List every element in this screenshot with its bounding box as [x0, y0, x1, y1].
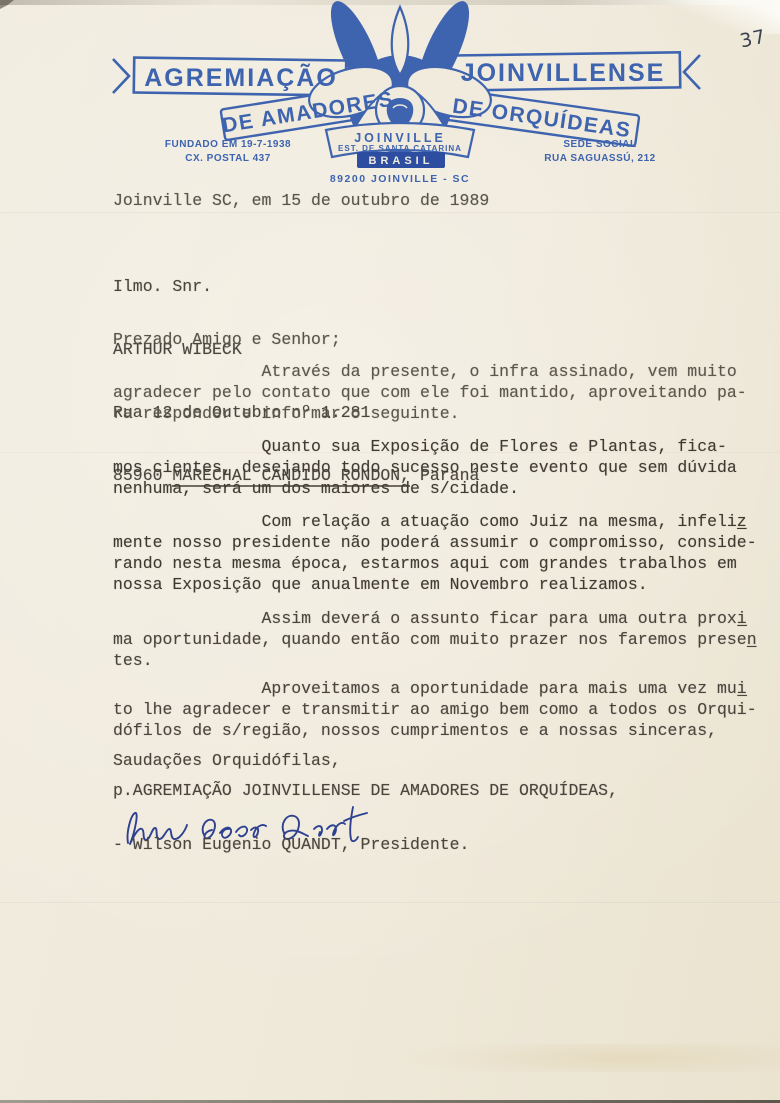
place-line2: EST. DE SANTA CATARINA — [338, 144, 462, 153]
closing-salutation: Saudações Orquidófilas, — [113, 750, 341, 771]
paragraph: Assim deverá o assunto ficar para uma ou… — [113, 608, 773, 671]
paragraph: Quanto sua Exposição de Flores e Plantas… — [113, 436, 773, 499]
signature-typed: - Wilson Eugenio QUANDT, Presidente. — [113, 834, 469, 855]
paragraph: Aproveitamos a oportunidade para mais um… — [113, 678, 773, 741]
hq-address: RUA SAGUASSÚ, 212 — [544, 151, 656, 164]
recipient-line: Ilmo. Snr. — [113, 276, 479, 297]
banner-left-text: AGREMIAÇÃO — [144, 62, 338, 92]
fold-crease — [0, 212, 780, 214]
banner-left-chevron — [113, 59, 129, 93]
po-box-line: CX. POSTAL 437 — [185, 153, 271, 164]
postal-code-line: 89200 JOINVILLE - SC — [330, 173, 470, 185]
hq-label: SEDE SOCIAL — [563, 139, 636, 150]
closing-org: p.AGREMIAÇÃO JOINVILLENSE DE AMADORES DE… — [113, 780, 618, 801]
paper-stain — [281, 1044, 780, 1072]
paragraph: Com relação a atuação como Juiz na mesma… — [113, 511, 773, 595]
banner-right-chevron — [684, 55, 700, 89]
salutation: Prezado Amigo e Senhor; — [113, 329, 341, 350]
country-text: BRASIL — [369, 155, 434, 167]
letter-paragraphs: Através da presente, o infra assinado, v… — [113, 361, 773, 741]
place-line1: JOINVILLE — [354, 131, 446, 145]
fold-crease — [0, 902, 780, 904]
banner-right-text: JOINVILLENSE — [461, 59, 666, 87]
letterhead-logo: AGREMIAÇÃO JOINVILLENSE DE AMADORES DE O… — [0, 0, 780, 192]
date-line: Joinville SC, em 15 de outubro de 1989 — [113, 190, 489, 211]
paragraph: Através da presente, o infra assinado, v… — [113, 361, 773, 424]
founded-line: FUNDADO EM 19-7-1938 — [165, 139, 291, 150]
scanned-letter-page: 37 — [0, 0, 780, 1103]
